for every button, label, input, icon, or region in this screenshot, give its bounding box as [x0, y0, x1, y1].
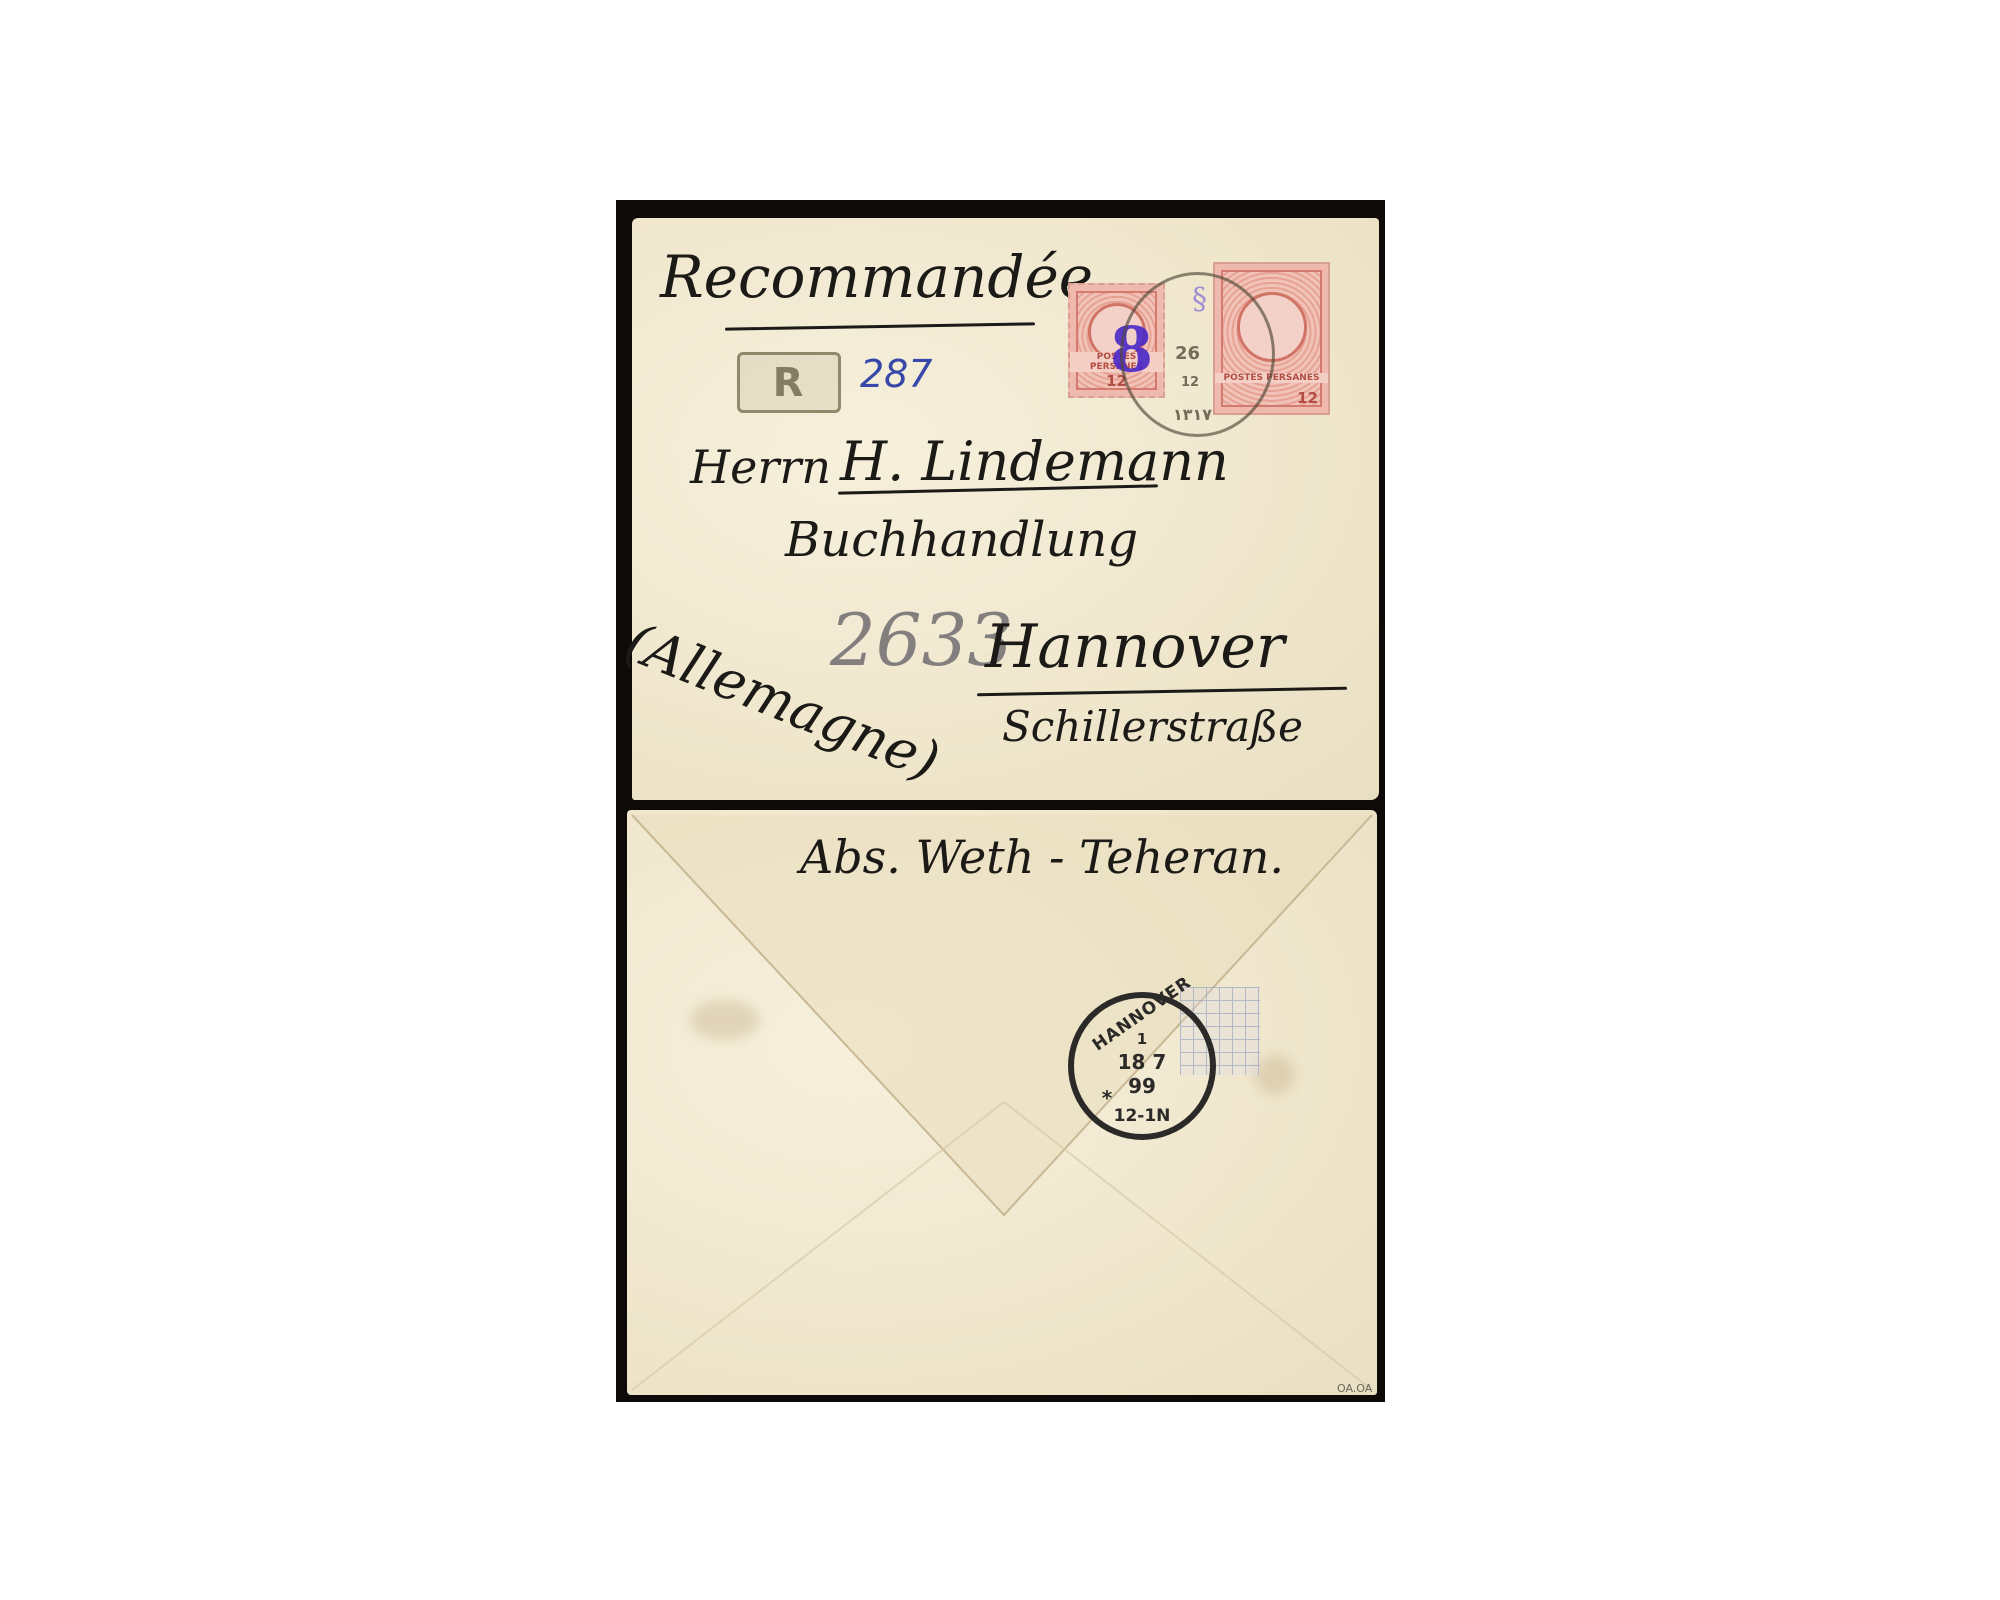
stamp-value: 12 [1297, 389, 1318, 407]
recipient-salutation: Herrn [690, 440, 831, 494]
origin-postmark: 26 12 ۱۳۱۷ [1120, 272, 1275, 437]
arrival-postmark: HANNOVER 1 18 7 99 * 12-1N [1068, 992, 1216, 1140]
postmark-date: 18 7 [1074, 1050, 1210, 1074]
corner-mark: OA.OA [1337, 1382, 1372, 1395]
registration-stamp-box: R [737, 352, 841, 413]
recipient-name: H. Lindemann [840, 430, 1229, 493]
registration-label: R [773, 360, 806, 406]
postmark-office: 1 [1074, 1030, 1210, 1048]
stain [690, 1000, 760, 1040]
recipient-city: Hannover [985, 612, 1285, 682]
registration-note: Recommandée [660, 243, 1093, 311]
postmark-line: 12 [1181, 375, 1199, 390]
registration-number: 287 [860, 352, 933, 396]
envelope-flaps [627, 810, 1377, 1395]
recipient-street: Schillerstraße [1002, 702, 1303, 751]
recipient-business: Buchhandlung [785, 512, 1138, 568]
postmark-year: ۱۳۱۷ [1173, 405, 1212, 424]
stain [1255, 1055, 1295, 1095]
sender-note: Abs. Weth - Teheran. [800, 830, 1284, 884]
postmark-date: 26 [1175, 343, 1200, 364]
postmark-time: 12-1N [1074, 1106, 1210, 1126]
